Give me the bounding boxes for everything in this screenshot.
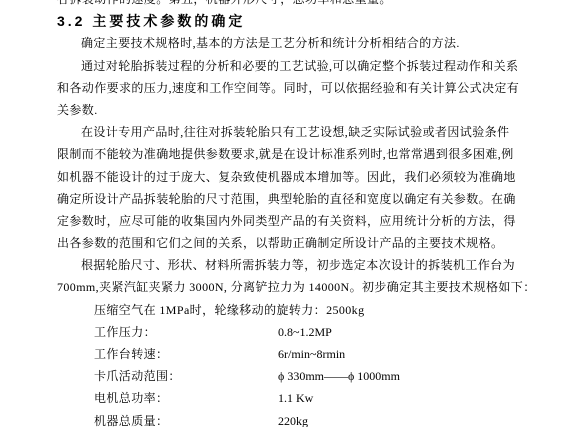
spec-value: 6r/min~8rmin bbox=[278, 343, 345, 365]
partial-top-line: 各拆装动作的速度。第五，机器外形尺寸，总功率和总重量。 bbox=[57, 0, 515, 10]
document-page: 各拆装动作的速度。第五，机器外形尺寸，总功率和总重量。 3.2 主要技术参数的确… bbox=[0, 0, 570, 427]
spec-row-working-pressure: 工作压力： 0.8~1.2MP bbox=[57, 321, 515, 343]
paragraph-1-line-1: 确定主要技术规格时,基本的方法是工艺分析和统计分析相结合的方法. bbox=[57, 32, 515, 54]
paragraph-3-line-6: 出各参数的范围和它们之间的关系，以帮助正确制定所设计产品的主要技术规格。 bbox=[57, 232, 515, 254]
spec-row-motor-power: 电机总功率： 1.1 Kw bbox=[57, 387, 515, 409]
paragraph-2-line-1: 通过对轮胎拆装过程的分析和必要的工艺试验,可以确定整个拆装过程动作和关系 bbox=[57, 55, 515, 77]
paragraph-3-line-4: 确定所设计产品拆装轮胎的尺寸范围，典型轮胎的直径和宽度以确定有关参数。在确 bbox=[57, 188, 515, 210]
spec-row-machine-weight: 机器总质量： 220kg bbox=[57, 410, 515, 427]
spec-row-table-speed: 工作台转速： 6r/min~8rmin bbox=[57, 343, 515, 365]
spec-label: 电机总功率： bbox=[94, 387, 168, 409]
spec-label: 工作压力： bbox=[94, 321, 156, 343]
paragraph-3-line-3: 如机器不能设计的过于庞大、复杂致使机器成本增加等。因此，我们必须较为准确地 bbox=[57, 166, 515, 188]
spec-label: 卡爪活动范围： bbox=[94, 365, 181, 387]
paragraph-4-line-2: 700mm,夹紧汽缸夹紧力 3000N, 分离铲拉力为 14000N。初步确定其… bbox=[57, 276, 515, 298]
paragraph-3-line-5: 定参数时，应尽可能的收集国内外同类型产品的有关资料，应用统计分析的方法，得 bbox=[57, 210, 515, 232]
section-heading: 3.2 主要技术参数的确定 bbox=[57, 10, 515, 32]
paragraph-3-line-2: 限制而不能较为准确地提供参数要求,就是在设计标准系列时,也常常遇到很多困难,例 bbox=[57, 143, 515, 165]
spec-value: ϕ 330mm——ϕ 1000mm bbox=[278, 365, 400, 387]
spec-label: 工作台转速： bbox=[94, 343, 168, 365]
text-column: 各拆装动作的速度。第五，机器外形尺寸，总功率和总重量。 3.2 主要技术参数的确… bbox=[57, 0, 515, 427]
paragraph-2-line-2: 和各动作要求的压力,速度和工作空间等。同时，可以依据经验和有关计算公式决定有 bbox=[57, 77, 515, 99]
paragraph-4-line-1: 根据轮胎尺寸、形状、材料所需拆装力等，初步选定本次设计的拆装机工作台为 bbox=[57, 254, 515, 276]
spec-intro-line: 压缩空气在 1MPa时，轮缘移动的旋转力：2500kg bbox=[57, 299, 515, 321]
paragraph-3-line-1: 在设计专用产品时,往往对拆装轮胎只有工艺设想,缺乏实际试验或者因试验条件 bbox=[57, 121, 515, 143]
spec-row-jaw-range: 卡爪活动范围： ϕ 330mm——ϕ 1000mm bbox=[57, 365, 515, 387]
spec-label: 机器总质量： bbox=[94, 410, 168, 427]
paragraph-2-line-3: 关参数. bbox=[57, 99, 515, 121]
spec-value: 0.8~1.2MP bbox=[278, 321, 332, 343]
spec-value: 220kg bbox=[278, 410, 308, 427]
spec-value: 1.1 Kw bbox=[278, 387, 313, 409]
